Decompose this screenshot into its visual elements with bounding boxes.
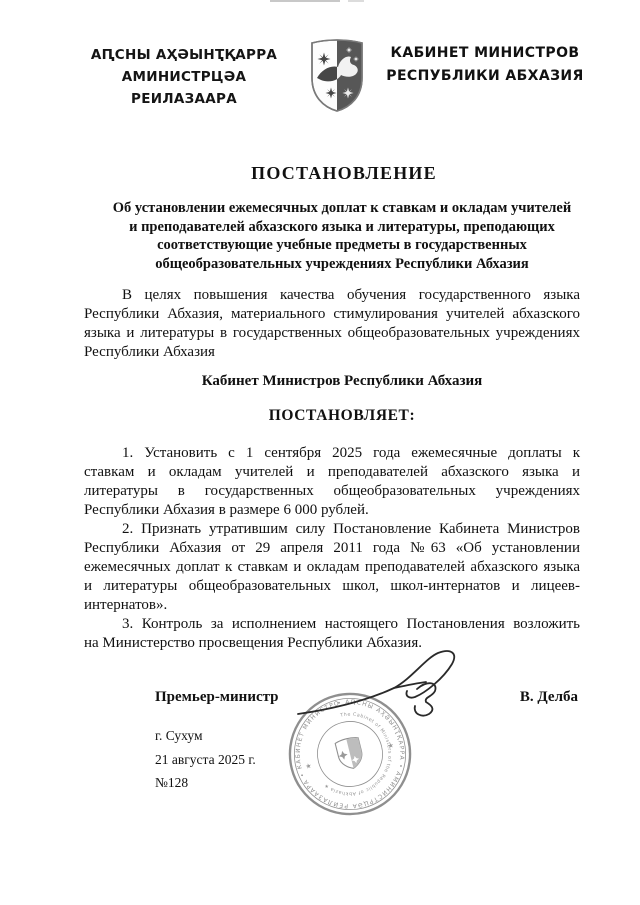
text-line: Республики Абхазия [84, 343, 580, 362]
text-line: Республики Абхазия, материального стимул… [84, 305, 580, 324]
text-line: соответствующие учебные предметы в госуд… [84, 236, 600, 255]
text-line: Об установлении ежемесячных доплат к ста… [84, 199, 600, 218]
letterhead-abkhaz-line1: АԤСНЫ АҲӘЫНҬҚАРРА [72, 44, 296, 66]
footer-date: 21 августа 2025 г. [155, 753, 256, 767]
resolution-item-2: 2. Признать утратившим силу Постановлени… [84, 520, 580, 615]
seal-center-shield [335, 736, 365, 771]
letterhead-russian-line2: РЕСПУБЛИКИ АБХАЗИЯ [386, 65, 584, 88]
text-line: языка и литературы в государственных общ… [84, 324, 580, 343]
coat-of-arms-emblem [307, 38, 367, 114]
signature-row: Премьер-министр В. Делба [155, 689, 578, 706]
letterhead-russian-line1: КАБИНЕТ МИНИСТРОВ [386, 42, 584, 65]
signer-name: В. Делба [520, 689, 578, 706]
text-line: интернатов». [84, 596, 580, 615]
footer-number: №128 [155, 776, 256, 790]
resolution-item-1: 1. Установить с 1 сентября 2025 года еже… [84, 444, 580, 520]
resolves-line: ПОСТАНОВЛЯЕТ: [84, 407, 600, 425]
preamble-paragraph: В целях повышения качества обучения госу… [84, 286, 580, 362]
footer-city: г. Сухум [155, 729, 256, 743]
document-footer: г. Сухум 21 августа 2025 г. №128 [155, 729, 256, 790]
letterhead-abkhaz-line2: АМИНИСТРЦӘА РЕИЛАЗААРА [72, 66, 296, 110]
signature-scribble [268, 638, 480, 726]
seal-star-left: ★ [305, 762, 313, 771]
text-line: 2. Признать утратившим силу Постановлени… [84, 520, 580, 539]
document-subject: Об установлении ежемесячных доплат к ста… [84, 199, 600, 273]
authority-line: Кабинет Министров Республики Абхазия [84, 373, 600, 390]
text-line: ставкам и окладам учителей и преподавате… [84, 463, 580, 482]
resolution-items: 1. Установить с 1 сентября 2025 года еже… [84, 444, 580, 653]
text-line: Республики Абхазия в размере 6 000 рубле… [84, 501, 580, 520]
document-title: ПОСТАНОВЛЕНИЕ [84, 163, 604, 184]
text-line: общеобразовательных учреждениях Республи… [84, 255, 600, 274]
letterhead-abkhaz-title: АԤСНЫ АҲӘЫНҬҚАРРА АМИНИСТРЦӘА РЕИЛАЗААРА [72, 44, 296, 110]
document-page: АԤСНЫ АҲӘЫНҬҚАРРА АМИНИСТРЦӘА РЕИЛАЗААРА [0, 0, 640, 905]
text-line: литературы в государственных общеобразов… [84, 482, 580, 501]
text-line: 1. Установить с 1 сентября 2025 года еже… [84, 444, 580, 463]
text-line: Республики Абхазия от 29 апреля 2011 год… [84, 539, 580, 558]
text-line: В целях повышения качества обучения госу… [84, 286, 580, 305]
scan-artifact [270, 0, 340, 2]
text-line: и преподавателей абхазского языка и лите… [84, 218, 600, 237]
seal-star-right: ★ [387, 741, 395, 750]
text-line: 3. Контроль за исполнением настоящего По… [84, 615, 580, 634]
text-line: ежемесячных доплат к ставкам и окладам п… [84, 558, 580, 577]
coat-of-arms-icon [307, 38, 367, 114]
letterhead-russian-title: КАБИНЕТ МИНИСТРОВ РЕСПУБЛИКИ АБХАЗИЯ [386, 42, 584, 88]
signer-title: Премьер-министр [155, 689, 279, 706]
scan-artifact [348, 0, 364, 2]
text-line: и литературы общеобразовательных школ, ш… [84, 577, 580, 596]
